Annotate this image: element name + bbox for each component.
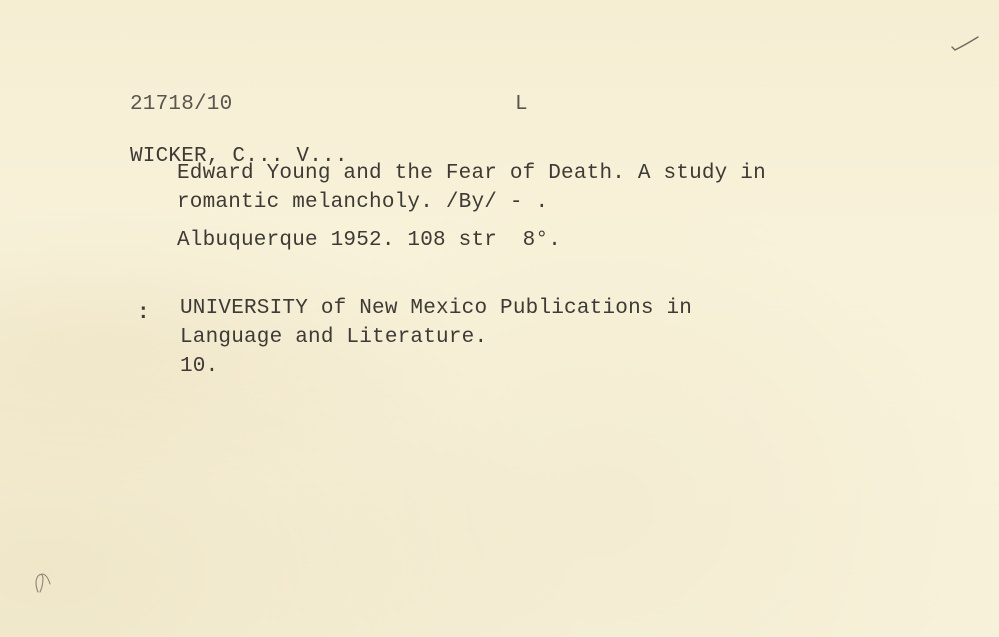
title-line-1: Edward Young and the Fear of Death. A st… [177,163,766,184]
imprint: Albuquerque 1952. 108 str 8°. [177,230,561,251]
series-marker: : [137,303,150,324]
check-mark-icon [950,35,980,53]
catalog-card: 21718/10 L WICKER, C... V... Edward Youn… [0,0,999,637]
call-number: 21718/10 [130,94,232,115]
pencil-mark-icon [30,570,60,600]
series-line-1: UNIVERSITY of New Mexico Publications in [180,298,692,319]
title-line-2: romantic melancholy. /By/ - . [177,192,548,213]
series-line-3: 10. [180,356,218,377]
location-code: L [515,94,528,115]
series-line-2: Language and Literature. [180,327,487,348]
